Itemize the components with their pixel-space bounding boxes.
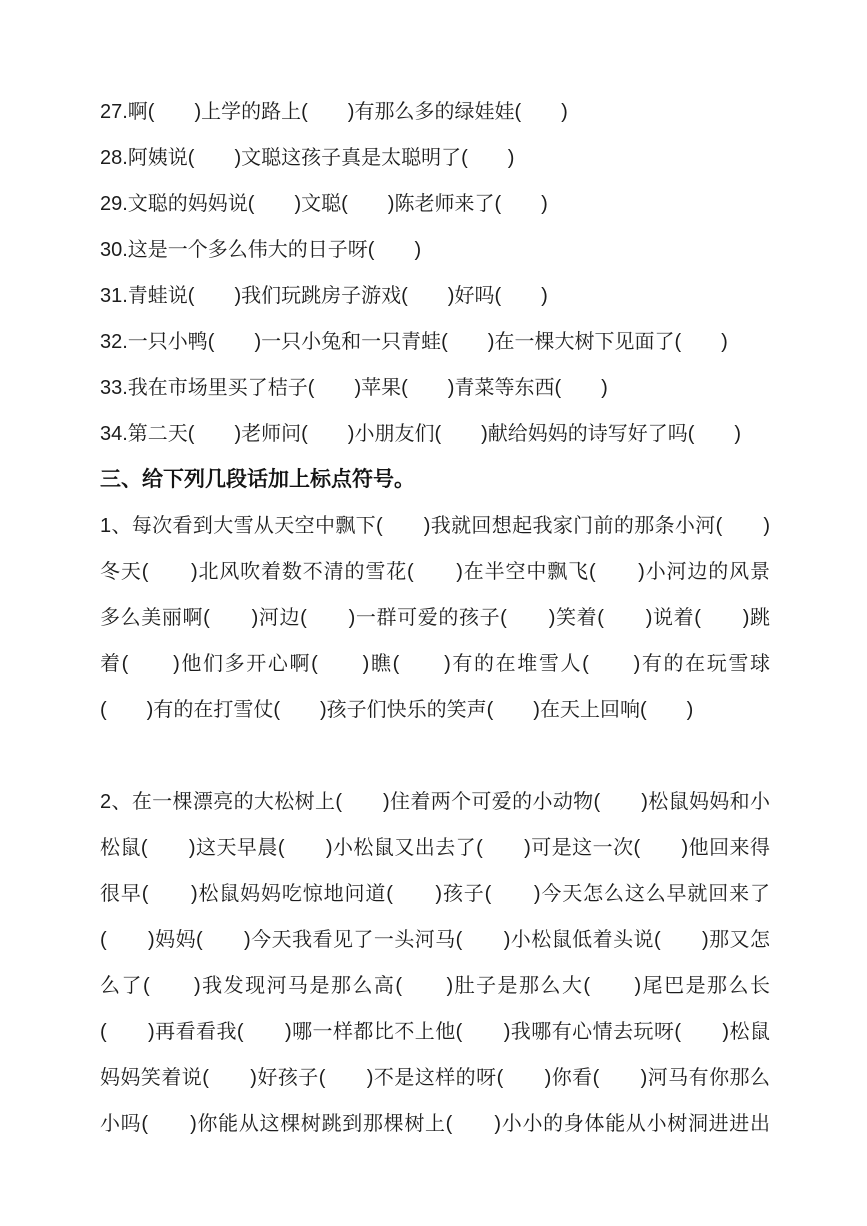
exercise-item-line: 30.这是一个多么伟大的日子呀( ) <box>100 227 770 273</box>
paragraph-line: 2、在一棵漂亮的大松树上( )住着两个可爱的小动物( )松鼠妈妈和小 <box>100 779 770 825</box>
paragraph-line: ( )有的在打雪仗( )孩子们快乐的笑声( )在天上回响( ) <box>100 687 770 733</box>
paragraph-line: 着( )他们多开心啊( )瞧( )有的在堆雪人( )有的在玩雪球 <box>100 641 770 687</box>
exercise-item-line: 31.青蛙说( )我们玩跳房子游戏( )好吗( ) <box>100 273 770 319</box>
exercise-item-line: 29.文聪的妈妈说( )文聪( )陈老师来了( ) <box>100 181 770 227</box>
exercise-item-line: 27.啊( )上学的路上( )有那么多的绿娃娃( ) <box>100 89 770 135</box>
paragraph-line: ( )妈妈( )今天我看见了一头河马( )小松鼠低着头说( )那又怎 <box>100 917 770 963</box>
paragraph-line: 么了( )我发现河马是那么高( )肚子是那么大( )尾巴是那么长 <box>100 963 770 1009</box>
exercise-item-line: 34.第二天( )老师问( )小朋友们( )献给妈妈的诗写好了吗( ) <box>100 411 770 457</box>
worksheet-page: 27.啊( )上学的路上( )有那么多的绿娃娃( )28.阿姨说( )文聪这孩子… <box>0 0 867 1226</box>
paragraph-block-1: 1、每次看到大雪从天空中飘下( )我就回想起我家门前的那条小河( )冬天( )北… <box>100 503 770 733</box>
paragraph-line: ( )再看看我( )哪一样都比不上他( )我哪有心情去玩呀( )松鼠 <box>100 1009 770 1055</box>
paragraph-line: 多么美丽啊( )河边( )一群可爱的孩子( )笑着( )说着( )跳 <box>100 595 770 641</box>
exercise-item-line: 32.一只小鸭( )一只小兔和一只青蛙( )在一棵大树下见面了( ) <box>100 319 770 365</box>
paragraph-exercise-section: 1、每次看到大雪从天空中飘下( )我就回想起我家门前的那条小河( )冬天( )北… <box>100 503 770 1147</box>
paragraph-line: 松鼠( )这天早晨( )小松鼠又出去了( )可是这一次( )他回来得 <box>100 825 770 871</box>
paragraph-block-2: 2、在一棵漂亮的大松树上( )住着两个可爱的小动物( )松鼠妈妈和小松鼠( )这… <box>100 779 770 1147</box>
paragraph-line: 很早( )松鼠妈妈吃惊地问道( )孩子( )今天怎么这么早就回来了 <box>100 871 770 917</box>
paragraph-line: 妈妈笑着说( )好孩子( )不是这样的呀( )你看( )河马有你那么 <box>100 1055 770 1101</box>
paragraph-line: 1、每次看到大雪从天空中飘下( )我就回想起我家门前的那条小河( ) <box>100 503 770 549</box>
exercise-item-line: 28.阿姨说( )文聪这孩子真是太聪明了( ) <box>100 135 770 181</box>
paragraph-line: 小吗( )你能从这棵树跳到那棵树上( )小小的身体能从小树洞进进出 <box>100 1101 770 1147</box>
section-heading: 三、给下列几段话加上标点符号。 <box>100 457 770 503</box>
exercise-item-line: 33.我在市场里买了桔子( )苹果( )青菜等东西( ) <box>100 365 770 411</box>
paragraph-line: 冬天( )北风吹着数不清的雪花( )在半空中飘飞( )小河边的风景 <box>100 549 770 595</box>
numbered-exercise-list: 27.啊( )上学的路上( )有那么多的绿娃娃( )28.阿姨说( )文聪这孩子… <box>100 89 770 457</box>
